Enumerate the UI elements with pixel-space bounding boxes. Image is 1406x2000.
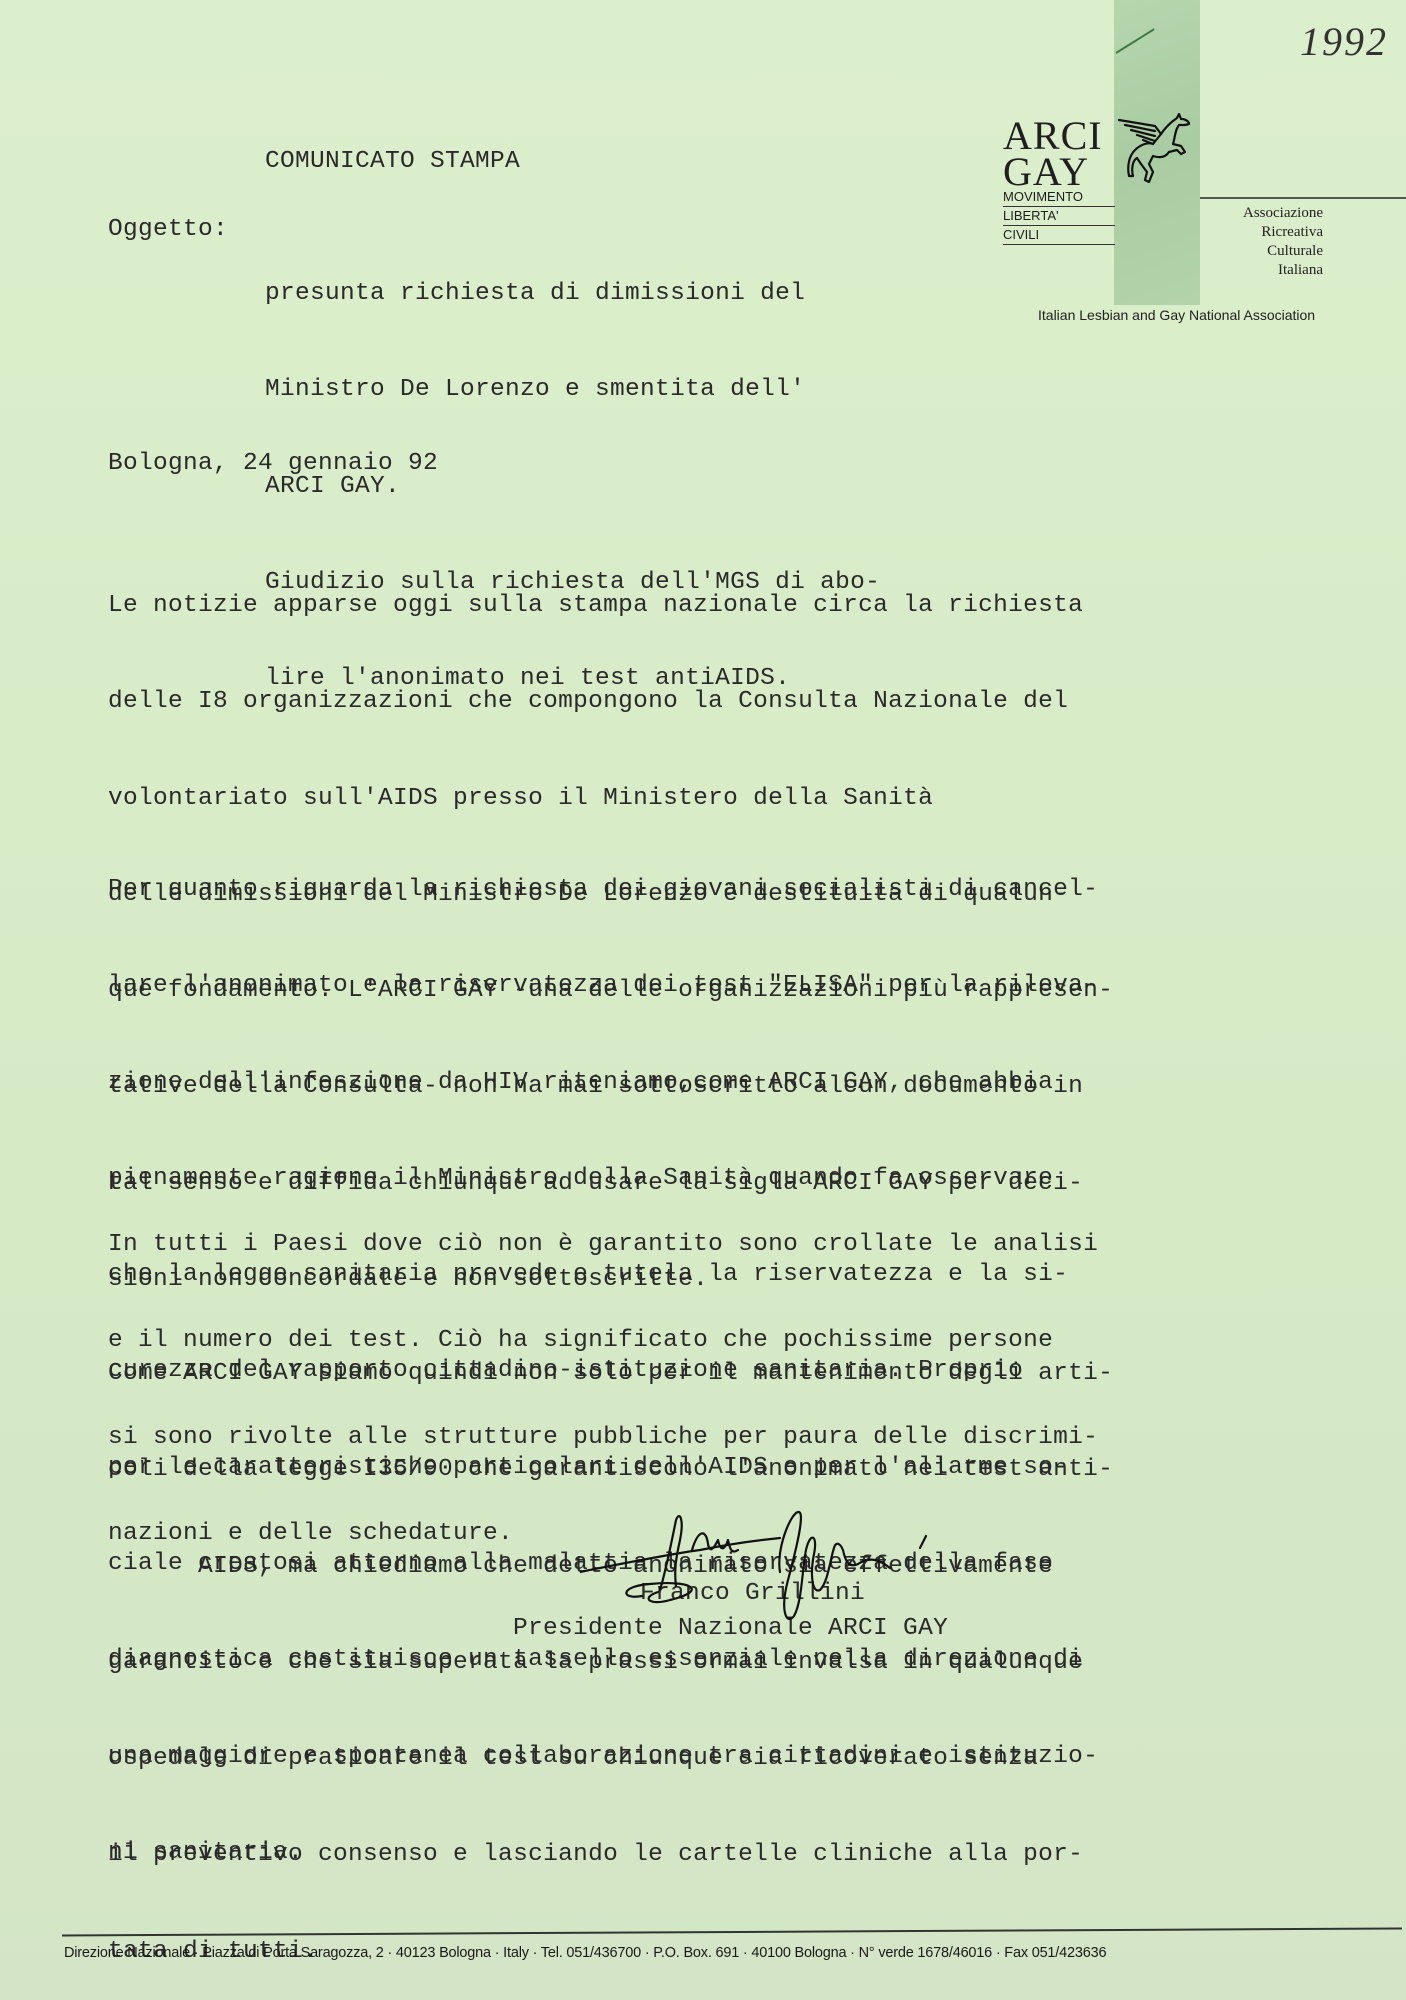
logo-wordmark: ARCI GAY: [1003, 118, 1103, 190]
signer-role: Presidente Nazionale ARCI GAY: [513, 1613, 948, 1645]
logo-line-gay: GAY: [1003, 154, 1103, 190]
pegasus-icon: [1115, 112, 1195, 188]
text-line: garantito e che sia superata la prassi o…: [108, 1647, 1113, 1679]
text-line: Come ARCI GAY siamo quindi non solo per …: [108, 1358, 1113, 1390]
handwritten-year-note: 1992: [1300, 18, 1388, 65]
association-block: Associazione Ricreativa Culturale Italia…: [1180, 204, 1323, 280]
signer-name: Franco Grillini: [640, 1578, 865, 1610]
text-line: In tutti i Paesi dove ciò non è garantit…: [108, 1229, 1098, 1261]
text-line: ospedale di praticare il test su chiunqu…: [108, 1743, 1113, 1775]
national-association-label: Italian Lesbian and Gay National Associa…: [1038, 307, 1315, 323]
movement-tagline: MOVIMENTO LIBERTA' CIVILI: [1003, 188, 1115, 245]
subject-line: Ministro De Lorenzo e smentita dell': [265, 374, 880, 406]
text-line: coli della legge I35/90 che garantiscono…: [108, 1454, 1113, 1486]
date-line: Bologna, 24 gennaio 92: [108, 448, 438, 480]
letterhead-rule: [1200, 197, 1406, 199]
text-line: Le notizie apparse oggi sulla stampa naz…: [108, 590, 1113, 622]
text-line: delle I8 organizzazioni che compongono l…: [108, 686, 1113, 718]
tagline-line: CIVILI: [1003, 226, 1115, 245]
text-line: lare l'anonimato e la riservatezza dei t…: [108, 970, 1098, 1002]
text-line: AIDS, ma chiediamo che detto anonimato s…: [108, 1551, 1113, 1583]
document-title: COMUNICATO STAMPA: [265, 146, 520, 178]
assoc-line: Italiana: [1180, 261, 1323, 280]
tagline-line: MOVIMENTO: [1003, 188, 1115, 207]
text-line: zione dell'infeszione da HIV riteniamo,c…: [108, 1067, 1098, 1099]
tagline-line: LIBERTA': [1003, 207, 1115, 226]
text-line: Per quanto riguarda la richiesta dei gio…: [108, 874, 1098, 906]
assoc-line: Associazione: [1180, 204, 1323, 223]
assoc-line: Culturale: [1180, 242, 1323, 261]
assoc-line: Ricreativa: [1180, 223, 1323, 242]
footer-address: Direzione Nazionale · Piazza di Porta Sa…: [64, 1945, 1106, 1961]
subject-line: presunta richiesta di dimissioni del: [265, 278, 880, 310]
text-line: il preventivo consenso e lasciando le ca…: [108, 1839, 1113, 1871]
subject-label: Oggetto:: [108, 214, 228, 246]
paragraph-4: Come ARCI GAY siamo quindi non solo per …: [108, 1294, 1113, 2000]
